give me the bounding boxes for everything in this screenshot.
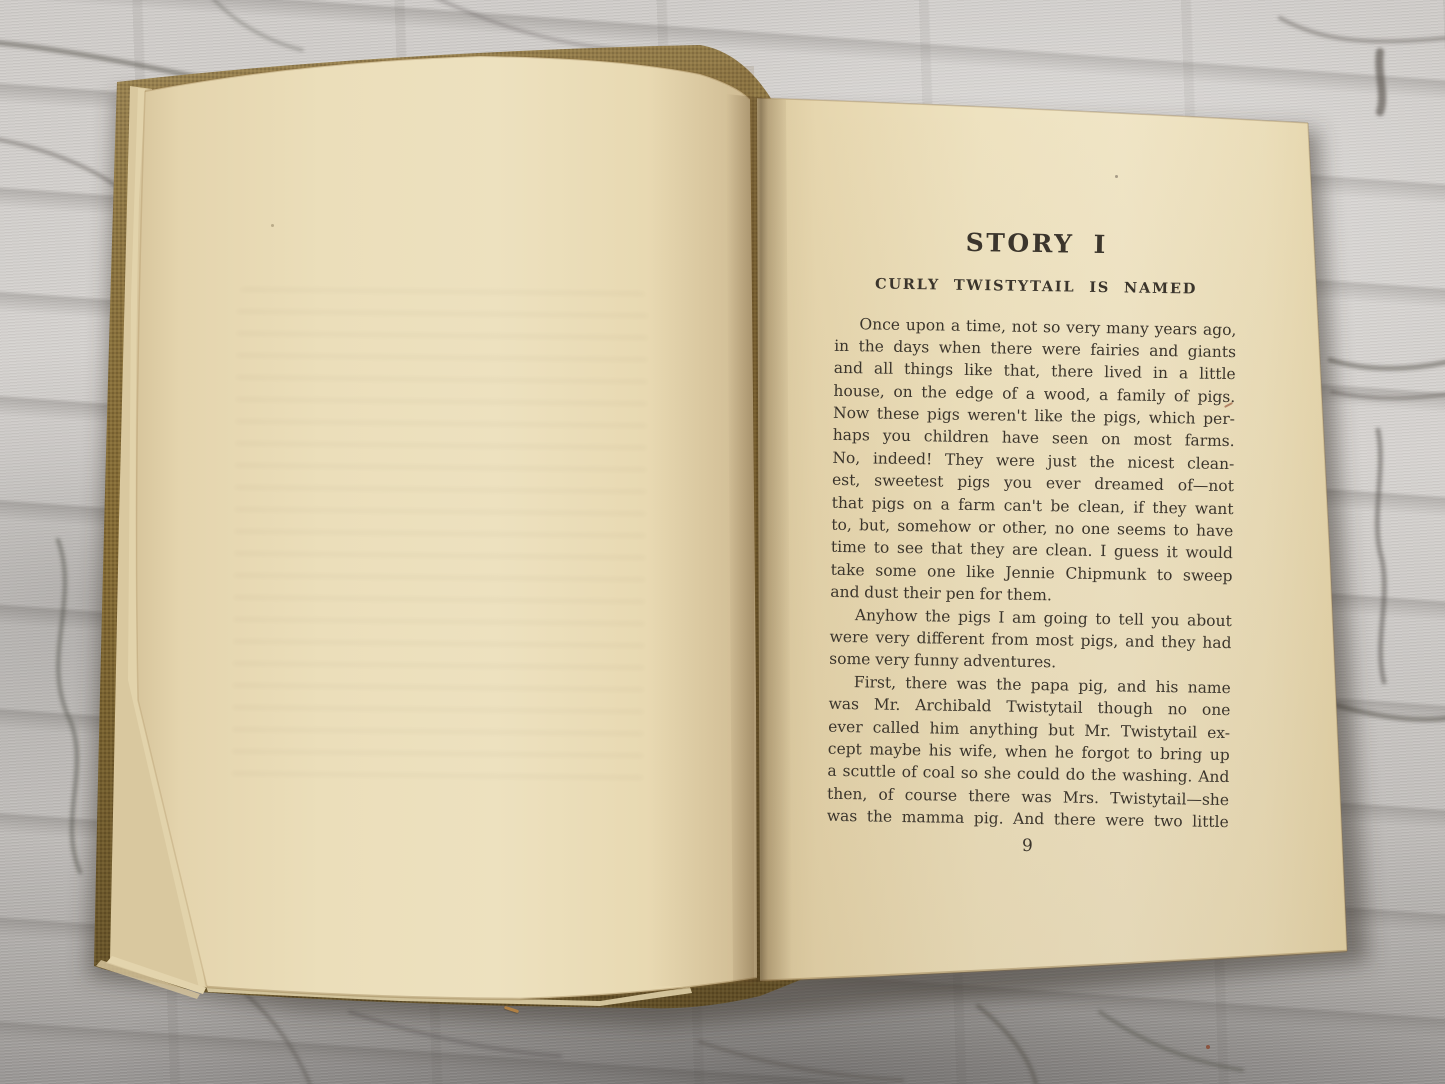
page-gutter bbox=[726, 94, 792, 983]
page-speck bbox=[1115, 175, 1118, 178]
body-text: Onceuponatime,notsoverymanyyearsago,inth… bbox=[827, 312, 1237, 833]
story-heading: STORY I bbox=[836, 228, 1238, 259]
left-page-show-through bbox=[232, 288, 647, 792]
story-subheading: CURLY TWISTYTAIL IS NAMED bbox=[835, 277, 1237, 298]
wall-red-speck bbox=[1206, 1045, 1210, 1049]
photo-of-open-book: STORY I CURLY TWISTYTAIL IS NAMED Onceup… bbox=[0, 0, 1445, 1084]
page-speck bbox=[271, 224, 274, 227]
right-page-text: STORY I CURLY TWISTYTAIL IS NAMED Onceup… bbox=[826, 228, 1238, 860]
